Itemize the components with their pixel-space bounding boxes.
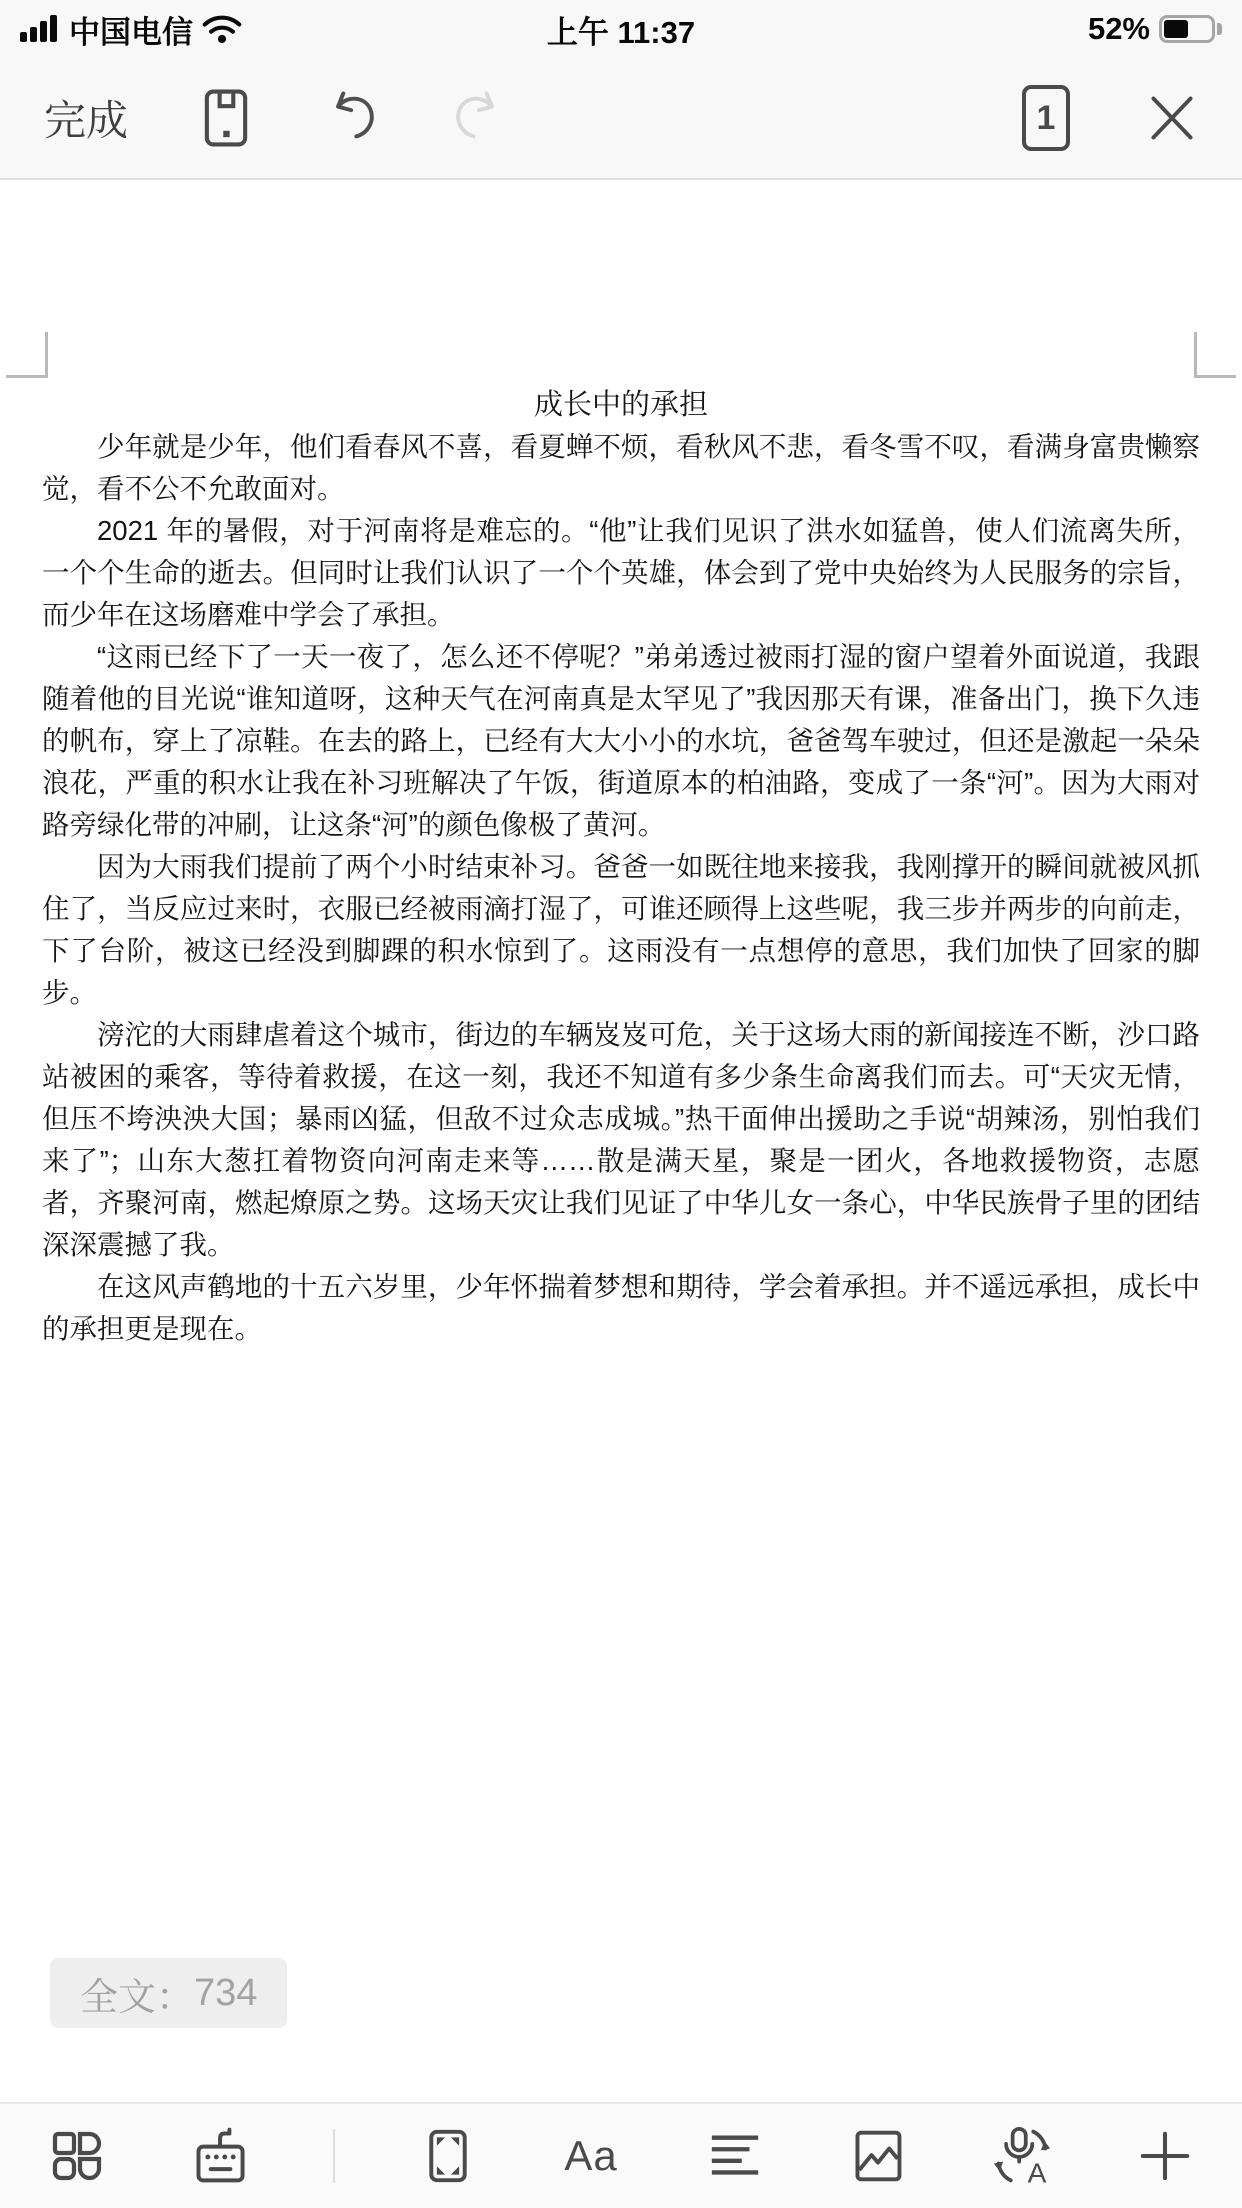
document-page[interactable]: 成长中的承担 少年就是少年，他们看春风不喜，看夏蝉不烦，看秋风不悲，看冬雪不叹，… <box>0 182 1242 2208</box>
bottom-toolbar: Aa A <box>0 2102 1242 2208</box>
save-button[interactable] <box>196 87 256 149</box>
status-left-cluster: 中国电信 <box>20 7 242 52</box>
document-paragraph[interactable]: 在这风声鹤地的十五六岁里，少年怀揣着梦想和期待，学会着承担。并不遥远承担，成长中… <box>42 1266 1200 1350</box>
word-count-label: 全文： <box>80 1966 194 2021</box>
tools-grid-icon[interactable] <box>46 2125 108 2187</box>
wps-mobile-editor: { "status_bar": { "carrier": "中国电信", "ti… <box>0 0 1242 2208</box>
status-bar: 中国电信 上午 11:37 52% <box>0 0 1242 58</box>
word-count-badge: 全文： 734 <box>50 1958 287 2028</box>
status-right-cluster: 52% <box>1088 11 1222 47</box>
font-format-icon[interactable]: Aa <box>560 2125 622 2187</box>
redo-button[interactable] <box>450 90 506 146</box>
close-button[interactable] <box>1146 91 1198 145</box>
toolbar-divider <box>333 2129 335 2183</box>
document-paragraph[interactable]: 2021 年的暑假，对于河南将是难忘的。“他”让我们见识了洪水如猛兽，使人们流离… <box>42 510 1200 636</box>
editor-toolbar: 完成 1 <box>0 58 1242 180</box>
svg-text:A: A <box>1027 2157 1046 2187</box>
page-number-label: 1 <box>1037 99 1056 138</box>
battery-icon <box>1159 15 1222 43</box>
done-button[interactable]: 完成 <box>44 88 128 148</box>
document-title[interactable]: 成长中的承担 <box>0 384 1242 426</box>
undo-button[interactable] <box>324 90 380 146</box>
wifi-icon <box>202 14 242 44</box>
page-number-indicator[interactable]: 1 <box>1022 85 1070 151</box>
keyboard-icon[interactable] <box>190 2125 252 2187</box>
font-format-glyph: Aa <box>564 2132 617 2180</box>
page-corner-mark-right <box>1194 332 1236 378</box>
cellular-signal-icon <box>20 15 60 43</box>
document-paragraph[interactable]: 因为大雨我们提前了两个小时结束补习。爸爸一如既往地来接我，我刚撑开的瞬间就被风抓… <box>42 846 1200 1014</box>
document-paragraph[interactable]: “这雨已经下了一天一夜了，怎么还不停呢？”弟弟透过被雨打湿的窗户望着外面说道，我… <box>42 636 1200 846</box>
paragraph-format-icon[interactable] <box>704 2125 766 2187</box>
carrier-label: 中国电信 <box>69 7 193 52</box>
battery-fill <box>1164 20 1188 38</box>
battery-percent-label: 52% <box>1088 11 1150 47</box>
document-body: 少年就是少年，他们看春风不喜，看夏蝉不烦，看秋风不悲，看冬雪不叹，看满身富贵懒察… <box>42 426 1200 1350</box>
fit-page-icon[interactable] <box>417 2125 479 2187</box>
insert-image-icon[interactable] <box>847 2125 909 2187</box>
document-paragraph[interactable]: 少年就是少年，他们看春风不喜，看夏蝉不烦，看秋风不悲，看冬雪不叹，看满身富贵懒察… <box>42 426 1200 510</box>
document-paragraph[interactable]: 滂沱的大雨肆虐着这个城市，街边的车辆岌岌可危，关于这场大雨的新闻接连不断，沙口路… <box>42 1014 1200 1266</box>
page-corner-mark-left <box>6 332 48 378</box>
clock-label: 上午 11:37 <box>547 7 695 52</box>
voice-translate-icon[interactable]: A <box>991 2125 1053 2187</box>
insert-more-icon[interactable] <box>1134 2125 1196 2187</box>
word-count-value: 734 <box>194 1972 257 2015</box>
